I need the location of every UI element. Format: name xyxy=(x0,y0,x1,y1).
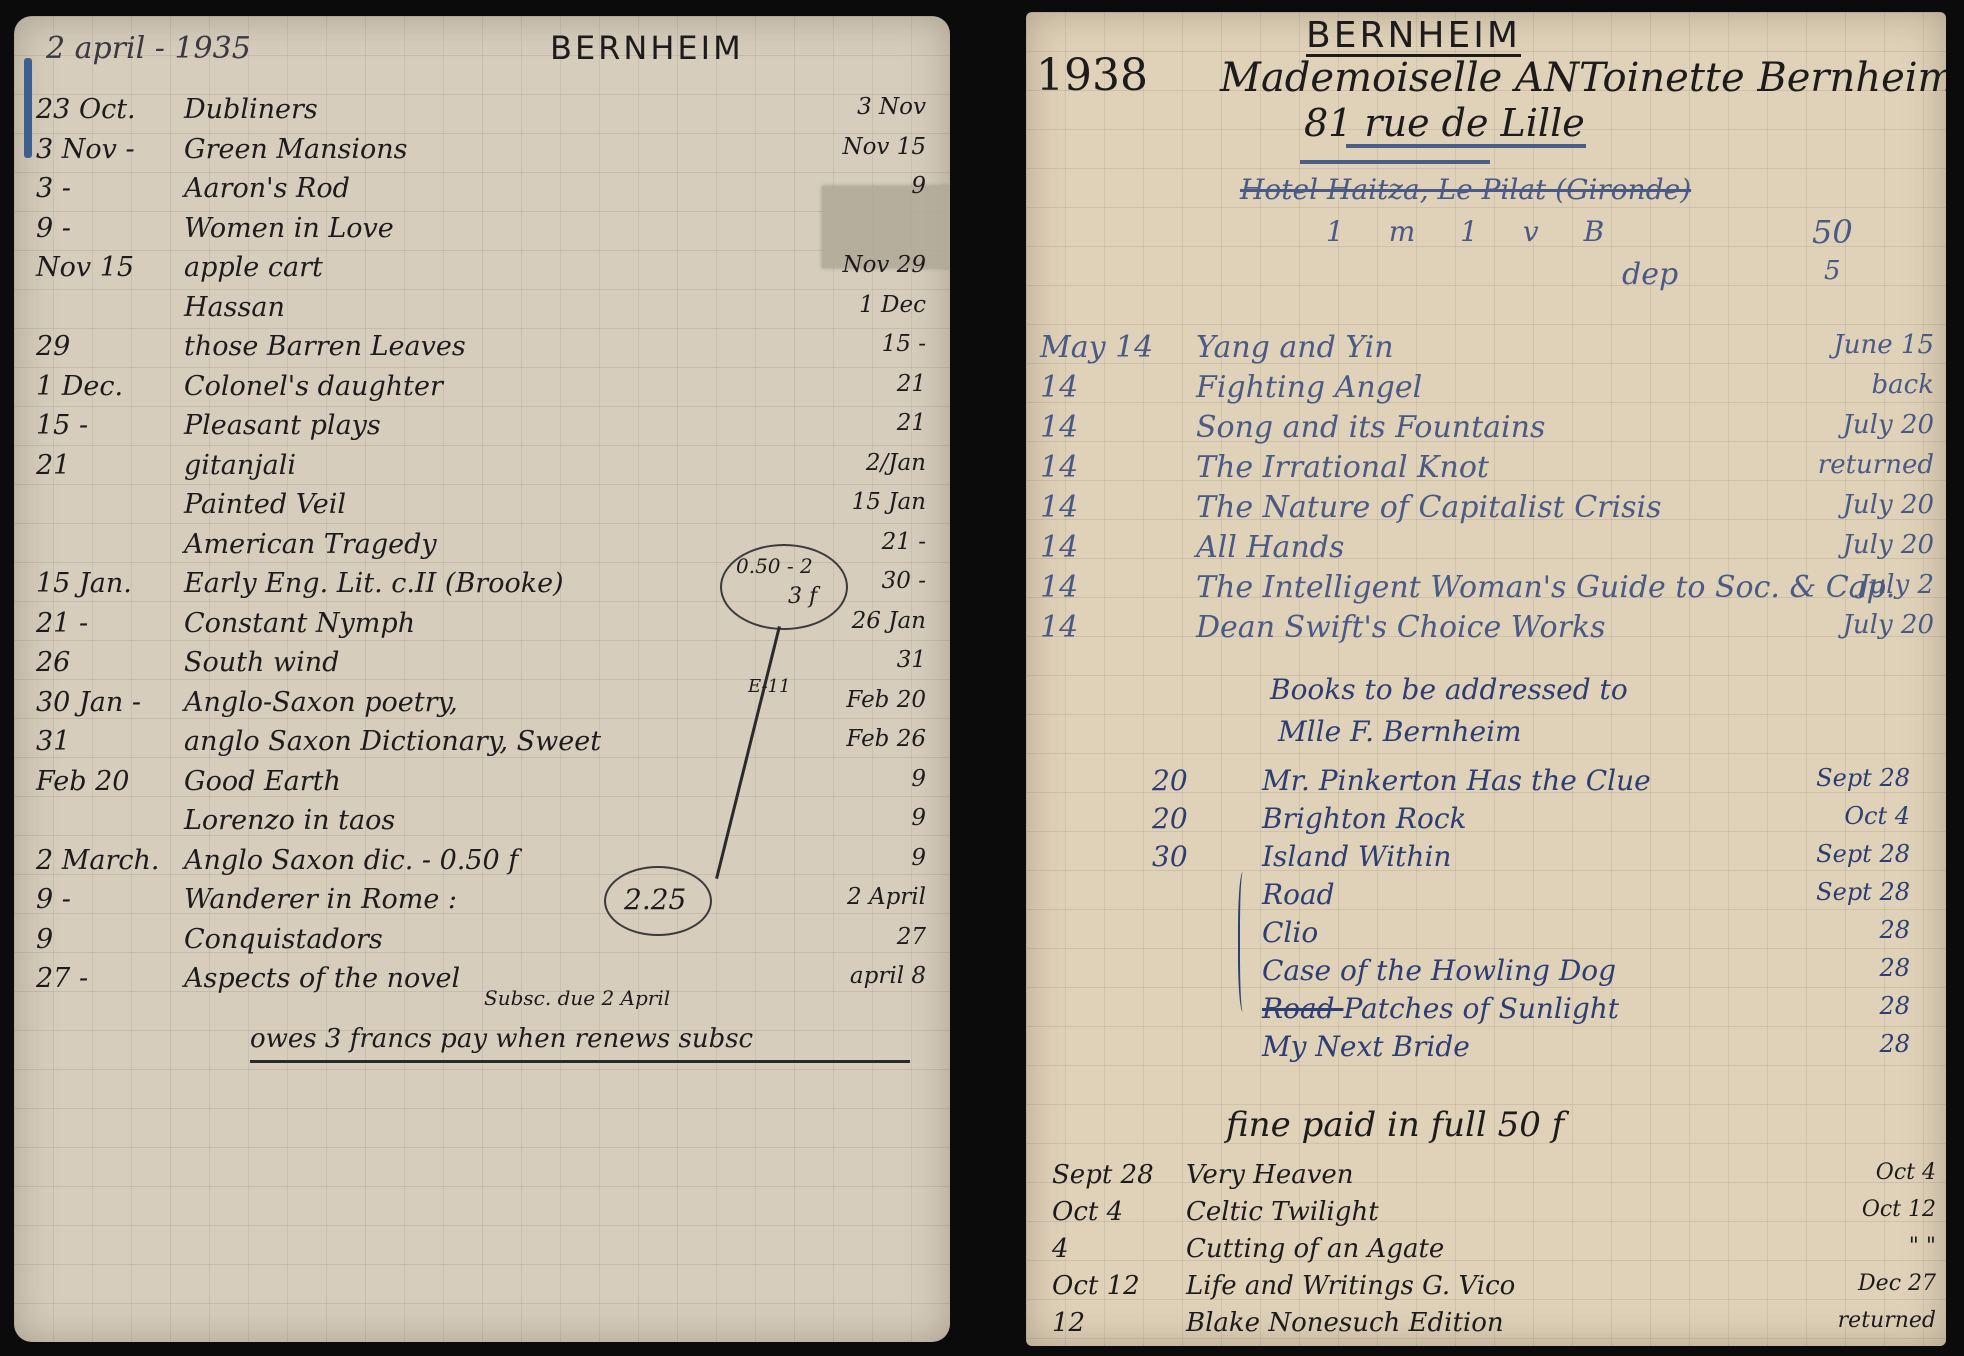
fine-note: fine paid in full 50 f xyxy=(1226,1108,1564,1142)
return-date: Nov 15 xyxy=(842,134,926,160)
return-date: July 20 xyxy=(1842,410,1934,440)
return-date: 2/Jan xyxy=(866,450,926,476)
loan-date: 14 xyxy=(1040,570,1078,605)
address-note-line1: Books to be addressed to xyxy=(1270,676,1628,704)
loan-entry: 21gitanjali2/Jan xyxy=(14,450,950,488)
book-title: gitanjali xyxy=(184,450,296,481)
loan-entry: 14Dean Swift's Choice WorksJuly 20 xyxy=(1026,610,1946,648)
loan-date: 1 Dec. xyxy=(36,371,123,402)
loan-entry: 3 -Aaron's Rod9 xyxy=(14,173,950,211)
loan-date: 14 xyxy=(1040,490,1078,525)
loan-date: 9 xyxy=(36,924,53,955)
loan-date: May 14 xyxy=(1040,330,1153,365)
return-date: Sept 28 xyxy=(1816,840,1910,868)
subscription-fee: 50 xyxy=(1812,216,1853,248)
loan-entry: 2 March.Anglo Saxon dic. - 0.50 f9 xyxy=(14,845,950,883)
fee-line-1: 0.50 - 2 xyxy=(736,556,813,576)
return-date: 28 xyxy=(1879,992,1910,1020)
return-date: 15 Jan xyxy=(852,489,926,515)
book-title: Mr. Pinkerton Has the Clue xyxy=(1262,764,1651,797)
loan-date: 27 - xyxy=(36,963,88,994)
owes-note: owes 3 francs pay when renews subsc xyxy=(250,1026,910,1063)
subscription-due: Subsc. due 2 April xyxy=(484,988,670,1008)
loan-entry: 30Island WithinSept 28 xyxy=(1026,840,1946,878)
loan-date: 9 - xyxy=(36,213,71,244)
card-member-name: BERNHEIM xyxy=(550,32,744,64)
loan-date: 15 - xyxy=(36,410,88,441)
return-date: 3 Nov xyxy=(857,94,926,120)
loan-entry: 26South wind31 xyxy=(14,647,950,685)
loan-date: 31 xyxy=(36,726,70,757)
loan-date: 3 - xyxy=(36,173,71,204)
loan-entry: 14Fighting Angelback xyxy=(1026,370,1946,408)
loan-entry: My Next Bride28 xyxy=(1026,1030,1946,1068)
subscription-type: 1 m 1 v B xyxy=(1326,218,1622,246)
loan-date: 14 xyxy=(1040,530,1078,565)
book-title: those Barren Leaves xyxy=(184,331,466,362)
book-title: Green Mansions xyxy=(184,134,408,165)
book-title-text: Patches of Sunlight xyxy=(1343,992,1619,1025)
loan-date: 14 xyxy=(1040,370,1078,405)
brace-mark xyxy=(1238,872,1250,1012)
loan-entry: Hassan1 Dec xyxy=(14,292,950,330)
loan-entry: 3 Nov -Green MansionsNov 15 xyxy=(14,134,950,172)
book-title: Very Heaven xyxy=(1186,1160,1354,1190)
loan-date: 3 Nov - xyxy=(36,134,135,165)
book-title: Case of the Howling Dog xyxy=(1262,954,1616,987)
book-title: Early Eng. Lit. c.II (Brooke) xyxy=(184,568,564,599)
loan-entry: 30 Jan -Anglo-Saxon poetry,Feb 20 xyxy=(14,687,950,725)
return-date: Oct 4 xyxy=(1876,1160,1936,1185)
loan-date: 9 - xyxy=(36,884,71,915)
loan-date: 23 Oct. xyxy=(36,94,136,125)
return-date: returned xyxy=(1838,1308,1936,1333)
loan-entry: 31anglo Saxon Dictionary, SweetFeb 26 xyxy=(14,726,950,764)
return-date: Nov 29 xyxy=(842,252,926,278)
circled-amount: 2.25 xyxy=(604,866,712,936)
book-title: Hassan xyxy=(184,292,285,323)
book-title: anglo Saxon Dictionary, Sweet xyxy=(184,726,601,757)
book-title: Yang and Yin xyxy=(1196,330,1394,365)
book-title: Fighting Angel xyxy=(1196,370,1422,405)
loan-date: 15 Jan. xyxy=(36,568,132,599)
book-title: Good Earth xyxy=(184,766,341,797)
return-date: 9 xyxy=(911,805,926,831)
lending-card-1935: 2 april - 1935 BERNHEIM 23 Oct.Dubliners… xyxy=(14,16,950,1342)
loan-date: 14 xyxy=(1040,450,1078,485)
loan-entry: Lorenzo in taos9 xyxy=(14,805,950,843)
loan-date: Oct 4 xyxy=(1052,1197,1123,1227)
loan-entry: Painted Veil15 Jan xyxy=(14,489,950,527)
book-title: Constant Nymph xyxy=(184,608,415,639)
loan-entry: Road Patches of Sunlight28 xyxy=(1026,992,1946,1030)
book-title: The Nature of Capitalist Crisis xyxy=(1196,490,1662,525)
lending-card-1938: BERNHEIM 1938 Mademoiselle ANToinette Be… xyxy=(1026,12,1946,1346)
member-address: 81 rue de Lille xyxy=(1304,104,1585,142)
return-date: returned xyxy=(1818,450,1934,480)
loan-entry: 14Song and its FountainsJuly 20 xyxy=(1026,410,1946,448)
amount-value: 2.25 xyxy=(624,886,686,914)
loan-date: 30 Jan - xyxy=(36,687,141,718)
book-title: Life and Writings G. Vico xyxy=(1186,1271,1515,1301)
book-title: Women in Love xyxy=(184,213,394,244)
return-date: 21 - xyxy=(882,529,926,555)
address-underline xyxy=(1346,144,1586,148)
return-date: Sept 28 xyxy=(1816,764,1910,792)
loan-entry: 14The Intelligent Woman's Guide to Soc. … xyxy=(1026,570,1946,608)
book-title: Celtic Twilight xyxy=(1186,1197,1379,1227)
return-date: July 20 xyxy=(1842,530,1934,560)
loan-date: 30 xyxy=(1152,840,1188,873)
loan-entry: Oct 12Life and Writings G. VicoDec 27 xyxy=(1026,1271,1946,1309)
return-date: 2 April xyxy=(847,884,926,910)
return-date: 9 xyxy=(911,173,926,199)
book-title: Painted Veil xyxy=(184,489,346,520)
return-date: Sept 28 xyxy=(1816,878,1910,906)
return-date: 1 Dec xyxy=(859,292,926,318)
return-date: 9 xyxy=(911,766,926,792)
return-date: 31 xyxy=(897,647,926,673)
address-note-line2: Mlle F. Bernheim xyxy=(1278,718,1522,746)
book-title: Blake Nonesuch Edition xyxy=(1186,1308,1504,1338)
return-date: 21 xyxy=(897,410,926,436)
book-title: Anglo Saxon dic. - 0.50 f xyxy=(184,845,518,876)
book-title: Road Patches of Sunlight xyxy=(1262,992,1619,1025)
loan-entry: 20Brighton RockOct 4 xyxy=(1026,802,1946,840)
loan-date: 21 - xyxy=(36,608,88,639)
address-text: 81 rue de Lille xyxy=(1304,101,1585,145)
book-title: Aaron's Rod xyxy=(184,173,350,204)
return-date: " " xyxy=(1909,1234,1936,1259)
book-title: All Hands xyxy=(1196,530,1344,565)
loan-entry: 23 Oct.Dubliners3 Nov xyxy=(14,94,950,132)
book-title: Brighton Rock xyxy=(1262,802,1467,835)
loan-date: Nov 15 xyxy=(36,252,134,283)
return-date: 28 xyxy=(1879,1030,1910,1058)
loan-entry: 20Mr. Pinkerton Has the ClueSept 28 xyxy=(1026,764,1946,802)
return-date: July 2 xyxy=(1859,570,1934,600)
loan-entry: 14All HandsJuly 20 xyxy=(1026,530,1946,568)
return-date: Feb 26 xyxy=(846,726,926,752)
loan-date: 21 xyxy=(36,450,70,481)
card-date: 2 april - 1935 xyxy=(46,34,251,64)
loan-entry: 14The Irrational Knotreturned xyxy=(1026,450,1946,488)
loan-entry: 12Blake Nonesuch Editionreturned xyxy=(1026,1308,1946,1346)
loan-date: 4 xyxy=(1052,1234,1069,1264)
loan-entry: Nov 15apple cartNov 29 xyxy=(14,252,950,290)
loan-entry: 27 -Aspects of the novelapril 8 xyxy=(14,963,950,1001)
book-title: Song and its Fountains xyxy=(1196,410,1545,445)
book-title: Cutting of an Agate xyxy=(1186,1234,1444,1264)
deposit-amount: 5 xyxy=(1824,258,1841,284)
deposit-label: dep xyxy=(1622,260,1678,290)
fee-line-2: 3 f xyxy=(788,586,817,608)
loan-entry: RoadSept 28 xyxy=(1026,878,1946,916)
book-title: Clio xyxy=(1262,916,1318,949)
book-title: Wanderer in Rome : xyxy=(184,884,457,915)
circled-fee: 0.50 - 2 3 f xyxy=(720,544,848,630)
loan-date: 20 xyxy=(1152,764,1188,797)
return-date: 9 xyxy=(911,845,926,871)
loan-entry: Feb 20Good Earth9 xyxy=(14,766,950,804)
return-date: Feb 20 xyxy=(846,687,926,713)
book-title: Dubliners xyxy=(184,94,318,125)
loan-date: Sept 28 xyxy=(1052,1160,1154,1190)
book-title: The Irrational Knot xyxy=(1196,450,1489,485)
loan-entry: Case of the Howling Dog28 xyxy=(1026,954,1946,992)
loan-entry: 4Cutting of an Agate" " xyxy=(1026,1234,1946,1272)
return-date: back xyxy=(1872,370,1934,400)
book-title: Anglo-Saxon poetry, xyxy=(184,687,458,718)
book-title: Pleasant plays xyxy=(184,410,381,441)
loan-date: Feb 20 xyxy=(36,766,129,797)
loan-entry: 29those Barren Leaves15 - xyxy=(14,331,950,369)
loan-entry: 1 Dec.Colonel's daughter21 xyxy=(14,371,950,409)
return-date: June 15 xyxy=(1833,330,1934,360)
struck-word: Road xyxy=(1262,992,1343,1025)
return-date: July 20 xyxy=(1842,490,1934,520)
return-date: 28 xyxy=(1879,916,1910,944)
return-date: July 20 xyxy=(1842,610,1934,640)
loan-entry: 14The Nature of Capitalist CrisisJuly 20 xyxy=(1026,490,1946,528)
member-full-name: Mademoiselle ANToinette Bernheim xyxy=(1220,58,1946,98)
book-title: Road xyxy=(1262,878,1335,911)
return-date: Oct 4 xyxy=(1844,802,1910,830)
loan-date: 14 xyxy=(1040,610,1078,645)
book-title: The Intelligent Woman's Guide to Soc. & … xyxy=(1196,570,1895,605)
return-date: 27 xyxy=(897,924,926,950)
book-title: My Next Bride xyxy=(1262,1030,1470,1063)
loan-date: Oct 12 xyxy=(1052,1271,1140,1301)
loan-entry: 9 -Wanderer in Rome :2 April xyxy=(14,884,950,922)
book-title: Aspects of the novel xyxy=(184,963,460,994)
book-title: American Tragedy xyxy=(184,529,437,560)
book-title: apple cart xyxy=(184,252,323,283)
loan-date: 29 xyxy=(36,331,70,362)
loan-date: 2 March. xyxy=(36,845,160,876)
return-date: 28 xyxy=(1879,954,1910,982)
loan-entry: Oct 4Celtic TwilightOct 12 xyxy=(1026,1197,1946,1235)
card-member-name: BERNHEIM xyxy=(1306,18,1521,57)
book-title: South wind xyxy=(184,647,339,678)
card-year: 1938 xyxy=(1036,54,1148,98)
book-title: Island Within xyxy=(1262,840,1451,873)
loan-date: 14 xyxy=(1040,410,1078,445)
loan-entry: Clio28 xyxy=(1026,916,1946,954)
return-date: 30 - xyxy=(882,568,926,594)
loan-entry: 15 -Pleasant plays21 xyxy=(14,410,950,448)
loan-entry: Sept 28Very HeavenOct 4 xyxy=(1026,1160,1946,1198)
loan-date: 12 xyxy=(1052,1308,1085,1338)
loan-entry: May 14Yang and YinJune 15 xyxy=(1026,330,1946,368)
hotel-line-struck: Hotel Haitza, Le Pilat (Gironde) xyxy=(1240,176,1691,204)
loan-date: 26 xyxy=(36,647,70,678)
book-title: Dean Swift's Choice Works xyxy=(1196,610,1606,645)
loan-entry: 9Conquistadors27 xyxy=(14,924,950,962)
inline-note: E-11 xyxy=(748,678,790,696)
book-title: Colonel's daughter xyxy=(184,371,443,402)
return-date: Oct 12 xyxy=(1862,1197,1936,1222)
book-title: Conquistadors xyxy=(184,924,383,955)
return-date: 21 xyxy=(897,371,926,397)
address-underline-2 xyxy=(1300,160,1490,164)
book-title: Lorenzo in taos xyxy=(184,805,395,836)
loan-date: 20 xyxy=(1152,802,1188,835)
loan-entry: 9 -Women in Love xyxy=(14,213,950,251)
return-date: Dec 27 xyxy=(1858,1271,1936,1296)
return-date: 26 Jan xyxy=(852,608,926,634)
return-date: april 8 xyxy=(850,963,926,989)
return-date: 15 - xyxy=(882,331,926,357)
